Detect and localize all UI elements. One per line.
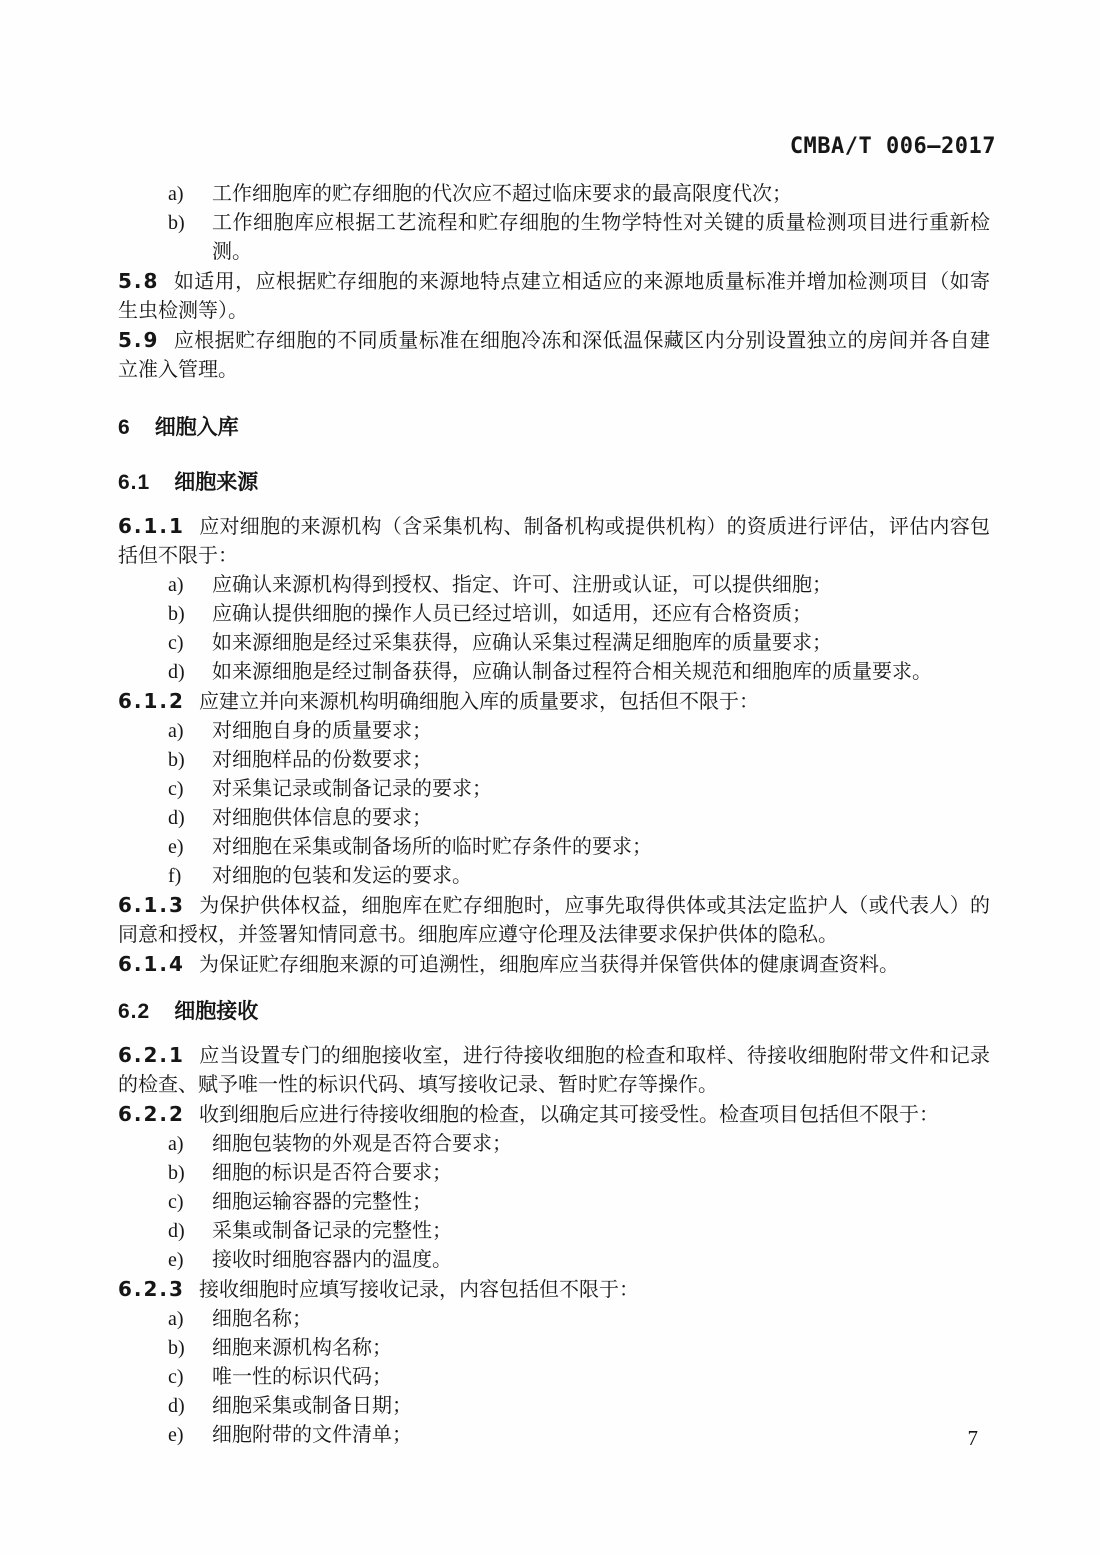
- list-item-label: a): [168, 1130, 212, 1159]
- list-item-label: a): [168, 571, 212, 600]
- heading-title: 细胞来源: [174, 471, 258, 494]
- clause-paragraph: 6.2.3接收细胞时应填写接收记录，内容包括但不限于：: [118, 1275, 990, 1305]
- list-item-text: 对采集记录或制备记录的要求；: [212, 775, 990, 804]
- list-item: c)对采集记录或制备记录的要求；: [118, 775, 990, 804]
- clause-number: 6.2.3: [118, 1277, 185, 1301]
- clause-paragraph: 6.1.4为保证贮存细胞来源的可追溯性，细胞库应当获得并保管供体的健康调查资料。: [118, 950, 990, 980]
- list-item: d)采集或制备记录的完整性；: [118, 1217, 990, 1246]
- heading-number: 6: [118, 416, 131, 439]
- list-item-text: 对细胞自身的质量要求；: [212, 717, 990, 746]
- subsection-heading: 6.1细胞来源: [118, 467, 990, 498]
- subsection-heading: 6.2细胞接收: [118, 996, 990, 1027]
- clause-number: 6.1.3: [118, 893, 185, 917]
- heading-number: 6.2: [118, 1000, 150, 1023]
- list-item: e)接收时细胞容器内的温度。: [118, 1246, 990, 1275]
- clause-text: 收到细胞后应进行待接收细胞的检查，以确定其可接受性。检查项目包括但不限于：: [199, 1104, 939, 1126]
- list-item-label: a): [168, 717, 212, 746]
- heading-number: 6.1: [118, 471, 150, 494]
- clause-text: 应建立并向来源机构明确细胞入库的质量要求，包括但不限于：: [199, 691, 759, 713]
- clause-text: 应当设置专门的细胞接收室，进行待接收细胞的检查和取样、待接收细胞附带文件和记录的…: [118, 1045, 990, 1096]
- list-item: b)应确认提供细胞的操作人员已经过培训，如适用，还应有合格资质；: [118, 600, 990, 629]
- list-item-label: b): [168, 746, 212, 775]
- list-item-label: e): [168, 1246, 212, 1275]
- list-item: b)细胞来源机构名称；: [118, 1334, 990, 1363]
- list-item: b)对细胞样品的份数要求；: [118, 746, 990, 775]
- document-page: CMBA/T 006—2017 a)工作细胞库的贮存细胞的代次应不超过临床要求的…: [0, 0, 1100, 1555]
- list-item-label: c): [168, 629, 212, 658]
- list-item-text: 细胞包装物的外观是否符合要求；: [212, 1130, 990, 1159]
- list-item-text: 细胞附带的文件清单；: [212, 1421, 990, 1450]
- list-item: e)对细胞在采集或制备场所的临时贮存条件的要求；: [118, 833, 990, 862]
- list-item-label: e): [168, 1421, 212, 1450]
- list-item-text: 应确认来源机构得到授权、指定、许可、注册或认证，可以提供细胞；: [212, 571, 990, 600]
- list-item: b)细胞的标识是否符合要求；: [118, 1159, 990, 1188]
- heading-title: 细胞入库: [155, 416, 239, 439]
- standard-number: CMBA/T 006—2017: [790, 134, 996, 159]
- clause-text: 为保护供体权益，细胞库在贮存细胞时，应事先取得供体或其法定监护人（或代表人）的同…: [118, 895, 990, 946]
- list-item-label: c): [168, 775, 212, 804]
- list-item-text: 如来源细胞是经过采集获得，应确认采集过程满足细胞库的质量要求；: [212, 629, 990, 658]
- list-item-label: a): [168, 1305, 212, 1334]
- list-item-label: f): [168, 862, 212, 891]
- list-item-text: 细胞运输容器的完整性；: [212, 1188, 990, 1217]
- list-item-text: 对细胞在采集或制备场所的临时贮存条件的要求；: [212, 833, 990, 862]
- clause-text: 应根据贮存细胞的不同质量标准在细胞冷冻和深低温保藏区内分别设置独立的房间并各自建…: [118, 330, 990, 381]
- list-item: a)细胞包装物的外观是否符合要求；: [118, 1130, 990, 1159]
- clause-paragraph: 6.1.3为保护供体权益，细胞库在贮存细胞时，应事先取得供体或其法定监护人（或代…: [118, 891, 990, 950]
- list-item-text: 工作细胞库的贮存细胞的代次应不超过临床要求的最高限度代次；: [212, 180, 990, 209]
- list-item: d)如来源细胞是经过制备获得，应确认制备过程符合相关规范和细胞库的质量要求。: [118, 658, 990, 687]
- list-item-text: 唯一性的标识代码；: [212, 1363, 990, 1392]
- clause-number: 5.8: [118, 269, 159, 293]
- clause-paragraph: 6.2.1应当设置专门的细胞接收室，进行待接收细胞的检查和取样、待接收细胞附带文…: [118, 1041, 990, 1100]
- list-item-text: 细胞来源机构名称；: [212, 1334, 990, 1363]
- clause-number: 5.9: [118, 328, 159, 352]
- list-item-label: b): [168, 600, 212, 629]
- clause-paragraph: 5.8如适用，应根据贮存细胞的来源地特点建立相适应的来源地质量标准并增加检测项目…: [118, 267, 990, 326]
- list-item-text: 接收时细胞容器内的温度。: [212, 1246, 990, 1275]
- list-item-text: 如来源细胞是经过制备获得，应确认制备过程符合相关规范和细胞库的质量要求。: [212, 658, 990, 687]
- list-item-label: d): [168, 1217, 212, 1246]
- list-item: c)如来源细胞是经过采集获得，应确认采集过程满足细胞库的质量要求；: [118, 629, 990, 658]
- clause-number: 6.1.4: [118, 952, 185, 976]
- list-item: e)细胞附带的文件清单；: [118, 1421, 990, 1450]
- document-header: CMBA/T 006—2017: [790, 134, 996, 159]
- list-item: a)对细胞自身的质量要求；: [118, 717, 990, 746]
- clause-number: 6.2.2: [118, 1102, 185, 1126]
- list-item-text: 工作细胞库应根据工艺流程和贮存细胞的生物学特性对关键的质量检测项目进行重新检测。: [212, 209, 990, 267]
- list-item-label: a): [168, 180, 212, 209]
- list-item-label: b): [168, 1159, 212, 1188]
- list-item: d)细胞采集或制备日期；: [118, 1392, 990, 1421]
- list-item: d)对细胞供体信息的要求；: [118, 804, 990, 833]
- list-item-label: d): [168, 658, 212, 687]
- clause-paragraph: 5.9应根据贮存细胞的不同质量标准在细胞冷冻和深低温保藏区内分别设置独立的房间并…: [118, 326, 990, 385]
- list-item-text: 细胞的标识是否符合要求；: [212, 1159, 990, 1188]
- clause-text: 应对细胞的来源机构（含采集机构、制备机构或提供机构）的资质进行评估，评估内容包括…: [118, 516, 990, 567]
- list-item-label: d): [168, 1392, 212, 1421]
- list-item-text: 细胞采集或制备日期；: [212, 1392, 990, 1421]
- list-item: a)细胞名称；: [118, 1305, 990, 1334]
- clause-text: 如适用，应根据贮存细胞的来源地特点建立相适应的来源地质量标准并增加检测项目（如寄…: [118, 271, 990, 322]
- section-heading: 6细胞入库: [118, 412, 990, 443]
- page-number: 7: [968, 1426, 979, 1451]
- list-item-text: 细胞名称；: [212, 1305, 990, 1334]
- list-item-label: d): [168, 804, 212, 833]
- list-item-label: b): [168, 209, 212, 267]
- clause-number: 6.2.1: [118, 1043, 185, 1067]
- list-item: a)应确认来源机构得到授权、指定、许可、注册或认证，可以提供细胞；: [118, 571, 990, 600]
- list-item-text: 应确认提供细胞的操作人员已经过培训，如适用，还应有合格资质；: [212, 600, 990, 629]
- list-item: c)细胞运输容器的完整性；: [118, 1188, 990, 1217]
- list-item-label: c): [168, 1363, 212, 1392]
- clause-text: 接收细胞时应填写接收记录，内容包括但不限于：: [199, 1279, 639, 1301]
- list-item-text: 对细胞供体信息的要求；: [212, 804, 990, 833]
- list-item: f)对细胞的包装和发运的要求。: [118, 862, 990, 891]
- list-item: c)唯一性的标识代码；: [118, 1363, 990, 1392]
- clause-paragraph: 6.1.1应对细胞的来源机构（含采集机构、制备机构或提供机构）的资质进行评估，评…: [118, 512, 990, 571]
- list-item-label: b): [168, 1334, 212, 1363]
- list-item-label: c): [168, 1188, 212, 1217]
- document-body: a)工作细胞库的贮存细胞的代次应不超过临床要求的最高限度代次；b)工作细胞库应根…: [118, 180, 990, 1450]
- list-item-text: 对细胞样品的份数要求；: [212, 746, 990, 775]
- heading-title: 细胞接收: [174, 1000, 258, 1023]
- list-item: a)工作细胞库的贮存细胞的代次应不超过临床要求的最高限度代次；: [118, 180, 990, 209]
- clause-number: 6.1.2: [118, 689, 185, 713]
- list-item-text: 对细胞的包装和发运的要求。: [212, 862, 990, 891]
- list-item-text: 采集或制备记录的完整性；: [212, 1217, 990, 1246]
- clause-text: 为保证贮存细胞来源的可追溯性，细胞库应当获得并保管供体的健康调查资料。: [199, 954, 899, 976]
- list-item: b)工作细胞库应根据工艺流程和贮存细胞的生物学特性对关键的质量检测项目进行重新检…: [118, 209, 990, 267]
- list-item-label: e): [168, 833, 212, 862]
- clause-number: 6.1.1: [118, 514, 185, 538]
- clause-paragraph: 6.1.2应建立并向来源机构明确细胞入库的质量要求，包括但不限于：: [118, 687, 990, 717]
- clause-paragraph: 6.2.2收到细胞后应进行待接收细胞的检查，以确定其可接受性。检查项目包括但不限…: [118, 1100, 990, 1130]
